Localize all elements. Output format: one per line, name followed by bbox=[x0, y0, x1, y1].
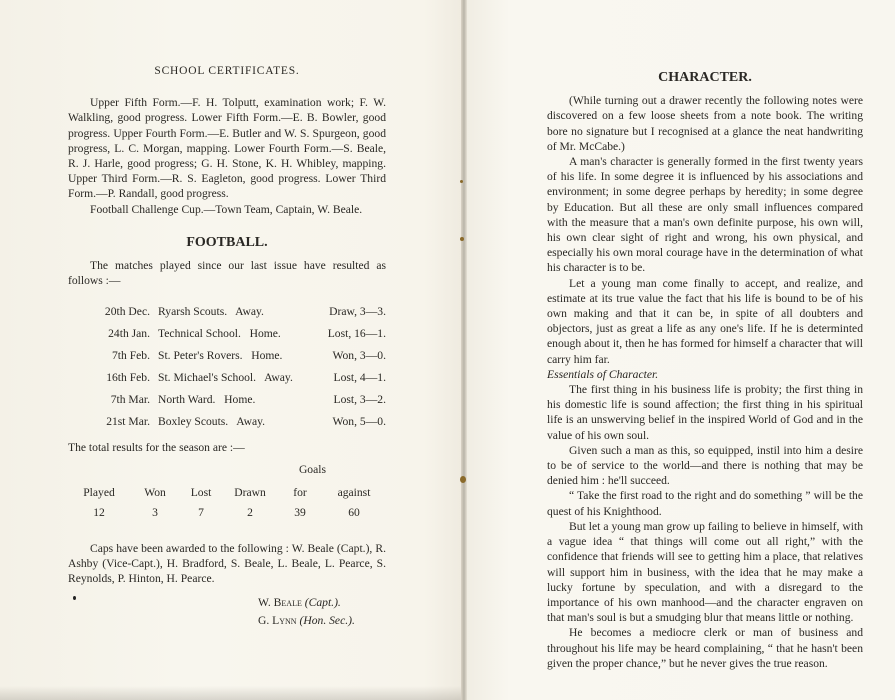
season-totals-table: Played 12 Won 3 Lost 7 Drawn 2 for 39 bbox=[68, 485, 386, 525]
signature-name: G. Lynn bbox=[258, 614, 297, 627]
totals-value: 12 bbox=[68, 505, 130, 525]
football-cup-note: Football Challenge Cup.—Town Team, Capta… bbox=[68, 202, 386, 217]
character-paragraph: He becomes a mediocre clerk or man of bu… bbox=[547, 625, 863, 671]
match-date: 24th Jan. bbox=[68, 326, 158, 341]
signature: G. Lynn (Hon. Sec.). bbox=[258, 612, 386, 630]
match-result: Lost, 16—1. bbox=[314, 326, 386, 341]
totals-value: 7 bbox=[180, 505, 222, 525]
match-results-list: 20th Dec. Ryarsh Scouts. Away. Draw, 3—3… bbox=[68, 300, 386, 432]
totals-header: against bbox=[322, 485, 386, 505]
goals-header: Goals bbox=[68, 462, 386, 477]
school-certificates-heading: SCHOOL CERTIFICATES. bbox=[68, 64, 386, 79]
match-row: 16th Feb. St. Michael's School. Away. Lo… bbox=[68, 366, 386, 388]
match-date: 16th Feb. bbox=[68, 370, 158, 385]
character-paragraph: (While turning out a drawer recently the… bbox=[547, 93, 863, 154]
totals-value: 60 bbox=[322, 505, 386, 525]
football-intro: The matches played since our last issue … bbox=[68, 258, 386, 288]
signature-role: (Capt.). bbox=[305, 596, 341, 609]
signature-name: W. Beale bbox=[258, 596, 302, 609]
totals-col-played: Played 12 bbox=[68, 485, 130, 525]
page-shadow bbox=[0, 686, 461, 700]
staple-mark bbox=[460, 237, 464, 241]
match-opponent: Technical School. Home. bbox=[158, 326, 314, 341]
character-paragraph: Let a young man come finally to accept, … bbox=[547, 276, 863, 367]
totals-col-won: Won 3 bbox=[130, 485, 180, 525]
totals-value: 3 bbox=[130, 505, 180, 525]
football-heading: FOOTBALL. bbox=[68, 235, 386, 250]
totals-header: for bbox=[278, 485, 322, 505]
totals-header: Won bbox=[130, 485, 180, 505]
match-date: 21st Mar. bbox=[68, 414, 158, 429]
caps-awarded: Caps have been awarded to the following … bbox=[68, 541, 386, 587]
match-date: 20th Dec. bbox=[68, 304, 158, 319]
left-page: SCHOOL CERTIFICATES. Upper Fifth Form.—F… bbox=[0, 0, 461, 700]
match-row: 7th Mar. North Ward. Home. Lost, 3—2. bbox=[68, 388, 386, 410]
totals-header: Drawn bbox=[222, 485, 278, 505]
match-date: 7th Feb. bbox=[68, 348, 158, 363]
totals-value: 2 bbox=[222, 505, 278, 525]
character-paragraph: “ Take the first road to the right and d… bbox=[547, 488, 863, 518]
totals-value: 39 bbox=[278, 505, 322, 525]
match-result: Lost, 4—1. bbox=[314, 370, 386, 385]
staple-mark bbox=[460, 476, 466, 483]
match-opponent: North Ward. Home. bbox=[158, 392, 314, 407]
match-row: 21st Mar. Boxley Scouts. Away. Won, 5—0. bbox=[68, 410, 386, 432]
match-opponent: Ryarsh Scouts. Away. bbox=[158, 304, 314, 319]
signature: W. Beale (Capt.). bbox=[258, 594, 386, 612]
character-paragraph: Given such a man as this, so equipped, i… bbox=[547, 443, 863, 489]
character-paragraph: But let a young man grow up failing to b… bbox=[547, 519, 863, 625]
essentials-subheading: Essentials of Character. bbox=[547, 367, 863, 382]
match-result: Draw, 3—3. bbox=[314, 304, 386, 319]
match-opponent: Boxley Scouts. Away. bbox=[158, 414, 314, 429]
match-opponent: St. Michael's School. Away. bbox=[158, 370, 314, 385]
match-opponent: St. Peter's Rovers. Home. bbox=[158, 348, 314, 363]
totals-col-lost: Lost 7 bbox=[180, 485, 222, 525]
right-page: CHARACTER. (While turning out a drawer r… bbox=[467, 0, 895, 700]
left-page-content: SCHOOL CERTIFICATES. Upper Fifth Form.—F… bbox=[68, 64, 386, 630]
signature-role: (Hon. Sec.). bbox=[300, 614, 355, 627]
book-spread: SCHOOL CERTIFICATES. Upper Fifth Form.—F… bbox=[0, 0, 895, 700]
totals-col-goals-against: against 60 bbox=[322, 485, 386, 525]
totals-col-drawn: Drawn 2 bbox=[222, 485, 278, 525]
totals-header: Played bbox=[68, 485, 130, 505]
match-result: Won, 3—0. bbox=[314, 348, 386, 363]
totals-col-goals-for: for 39 bbox=[278, 485, 322, 525]
match-result: Lost, 3—2. bbox=[314, 392, 386, 407]
ink-dot bbox=[73, 596, 76, 600]
match-date: 7th Mar. bbox=[68, 392, 158, 407]
school-certificates-body: Upper Fifth Form.—F. H. Tolputt, examina… bbox=[68, 95, 386, 201]
match-row: 7th Feb. St. Peter's Rovers. Home. Won, … bbox=[68, 344, 386, 366]
totals-header: Lost bbox=[180, 485, 222, 505]
match-row: 20th Dec. Ryarsh Scouts. Away. Draw, 3—3… bbox=[68, 300, 386, 322]
match-row: 24th Jan. Technical School. Home. Lost, … bbox=[68, 322, 386, 344]
season-totals-label: The total results for the season are :— bbox=[68, 440, 386, 455]
character-heading: CHARACTER. bbox=[547, 70, 863, 85]
right-page-content: CHARACTER. (While turning out a drawer r… bbox=[547, 70, 863, 671]
match-result: Won, 5—0. bbox=[314, 414, 386, 429]
character-paragraph: The first thing in his business life is … bbox=[547, 382, 863, 443]
staple-mark bbox=[460, 180, 463, 183]
signatures: W. Beale (Capt.). G. Lynn (Hon. Sec.). bbox=[258, 594, 386, 630]
character-paragraph: A man's character is generally formed in… bbox=[547, 154, 863, 276]
